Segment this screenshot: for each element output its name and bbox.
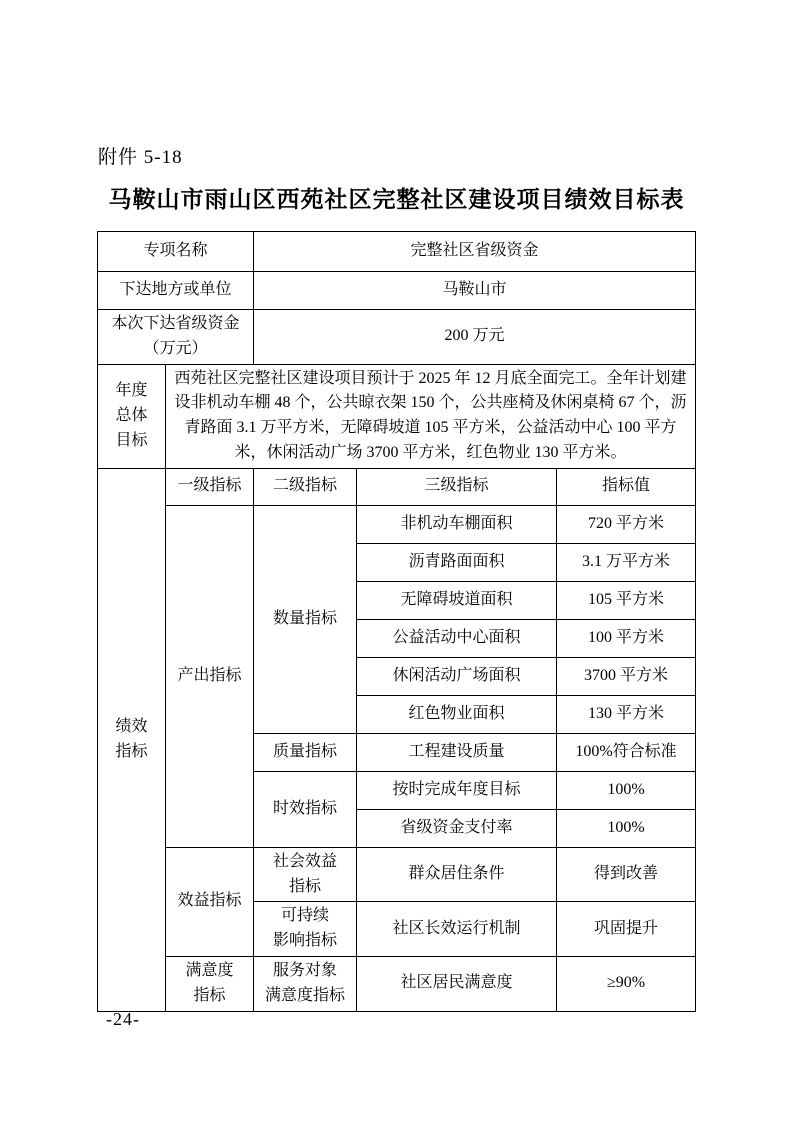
indicator-name: 休闲活动广场面积 xyxy=(357,657,557,695)
indicator-value: 130 平方米 xyxy=(557,695,696,733)
level2-timeliness: 时效指标 xyxy=(254,771,357,847)
page-number: -24- xyxy=(106,1009,140,1030)
level1-benefit: 效益指标 xyxy=(166,847,254,956)
indicator-value: 得到改善 xyxy=(557,847,696,902)
indicator-value: 100% xyxy=(557,771,696,809)
info-value-project-name: 完整社区省级资金 xyxy=(254,232,696,272)
indicator-name: 公益活动中心面积 xyxy=(357,619,557,657)
indicator-name: 社区居民满意度 xyxy=(357,956,557,1011)
info-value-recipient: 马鞍山市 xyxy=(254,272,696,310)
header-level1: 一级指标 xyxy=(166,468,254,505)
info-label-recipient: 下达地方或单位 xyxy=(98,272,254,310)
level2-service-satisfaction: 服务对象 满意度指标 xyxy=(254,956,357,1011)
level2-quantity: 数量指标 xyxy=(254,505,357,733)
indicator-name: 红色物业面积 xyxy=(357,695,557,733)
header-value: 指标值 xyxy=(557,468,696,505)
indicator-value: 3700 平方米 xyxy=(557,657,696,695)
indicator-value: 100% xyxy=(557,809,696,847)
attachment-label: 附件 5-18 xyxy=(98,142,183,169)
indicator-value: 3.1 万平方米 xyxy=(557,543,696,581)
level2-quality: 质量指标 xyxy=(254,733,357,771)
performance-section-label: 绩效 指标 xyxy=(98,468,166,1011)
indicator-name: 沥青路面面积 xyxy=(357,543,557,581)
header-level3: 三级指标 xyxy=(357,468,557,505)
indicator-name: 社区长效运行机制 xyxy=(357,902,557,957)
indicator-value: ≥90% xyxy=(557,956,696,1011)
indicator-name: 按时完成年度目标 xyxy=(357,771,557,809)
level1-output: 产出指标 xyxy=(166,505,254,847)
indicator-name: 群众居住条件 xyxy=(357,847,557,902)
level2-sustainable-impact: 可持续 影响指标 xyxy=(254,902,357,957)
indicator-value: 巩固提升 xyxy=(557,902,696,957)
annual-goal-text: 西苑社区完整社区建设项目预计于 2025 年 12 月底全面完工。全年计划建设非… xyxy=(166,364,696,468)
performance-target-table: 专项名称 完整社区省级资金 下达地方或单位 马鞍山市 本次下达省级资金 （万元）… xyxy=(97,231,696,1012)
info-label-project-name: 专项名称 xyxy=(98,232,254,272)
indicator-name: 省级资金支付率 xyxy=(357,809,557,847)
indicator-name: 非机动车棚面积 xyxy=(357,505,557,543)
indicator-value: 720 平方米 xyxy=(557,505,696,543)
page-title: 马鞍山市雨山区西苑社区完整社区建设项目绩效目标表 xyxy=(0,181,793,214)
info-label-funds: 本次下达省级资金 （万元） xyxy=(98,310,254,365)
indicator-name: 工程建设质量 xyxy=(357,733,557,771)
indicator-value: 100 平方米 xyxy=(557,619,696,657)
level2-social-benefit: 社会效益 指标 xyxy=(254,847,357,902)
header-level2: 二级指标 xyxy=(254,468,357,505)
document-page: 附件 5-18 马鞍山市雨山区西苑社区完整社区建设项目绩效目标表 专项名称 完整… xyxy=(0,0,793,1122)
level1-satisfaction: 满意度 指标 xyxy=(166,956,254,1011)
indicator-value: 105 平方米 xyxy=(557,581,696,619)
annual-goal-label: 年度 总体 目标 xyxy=(98,364,166,468)
indicator-value: 100%符合标准 xyxy=(557,733,696,771)
info-value-funds: 200 万元 xyxy=(254,310,696,365)
indicator-name: 无障碍坡道面积 xyxy=(357,581,557,619)
